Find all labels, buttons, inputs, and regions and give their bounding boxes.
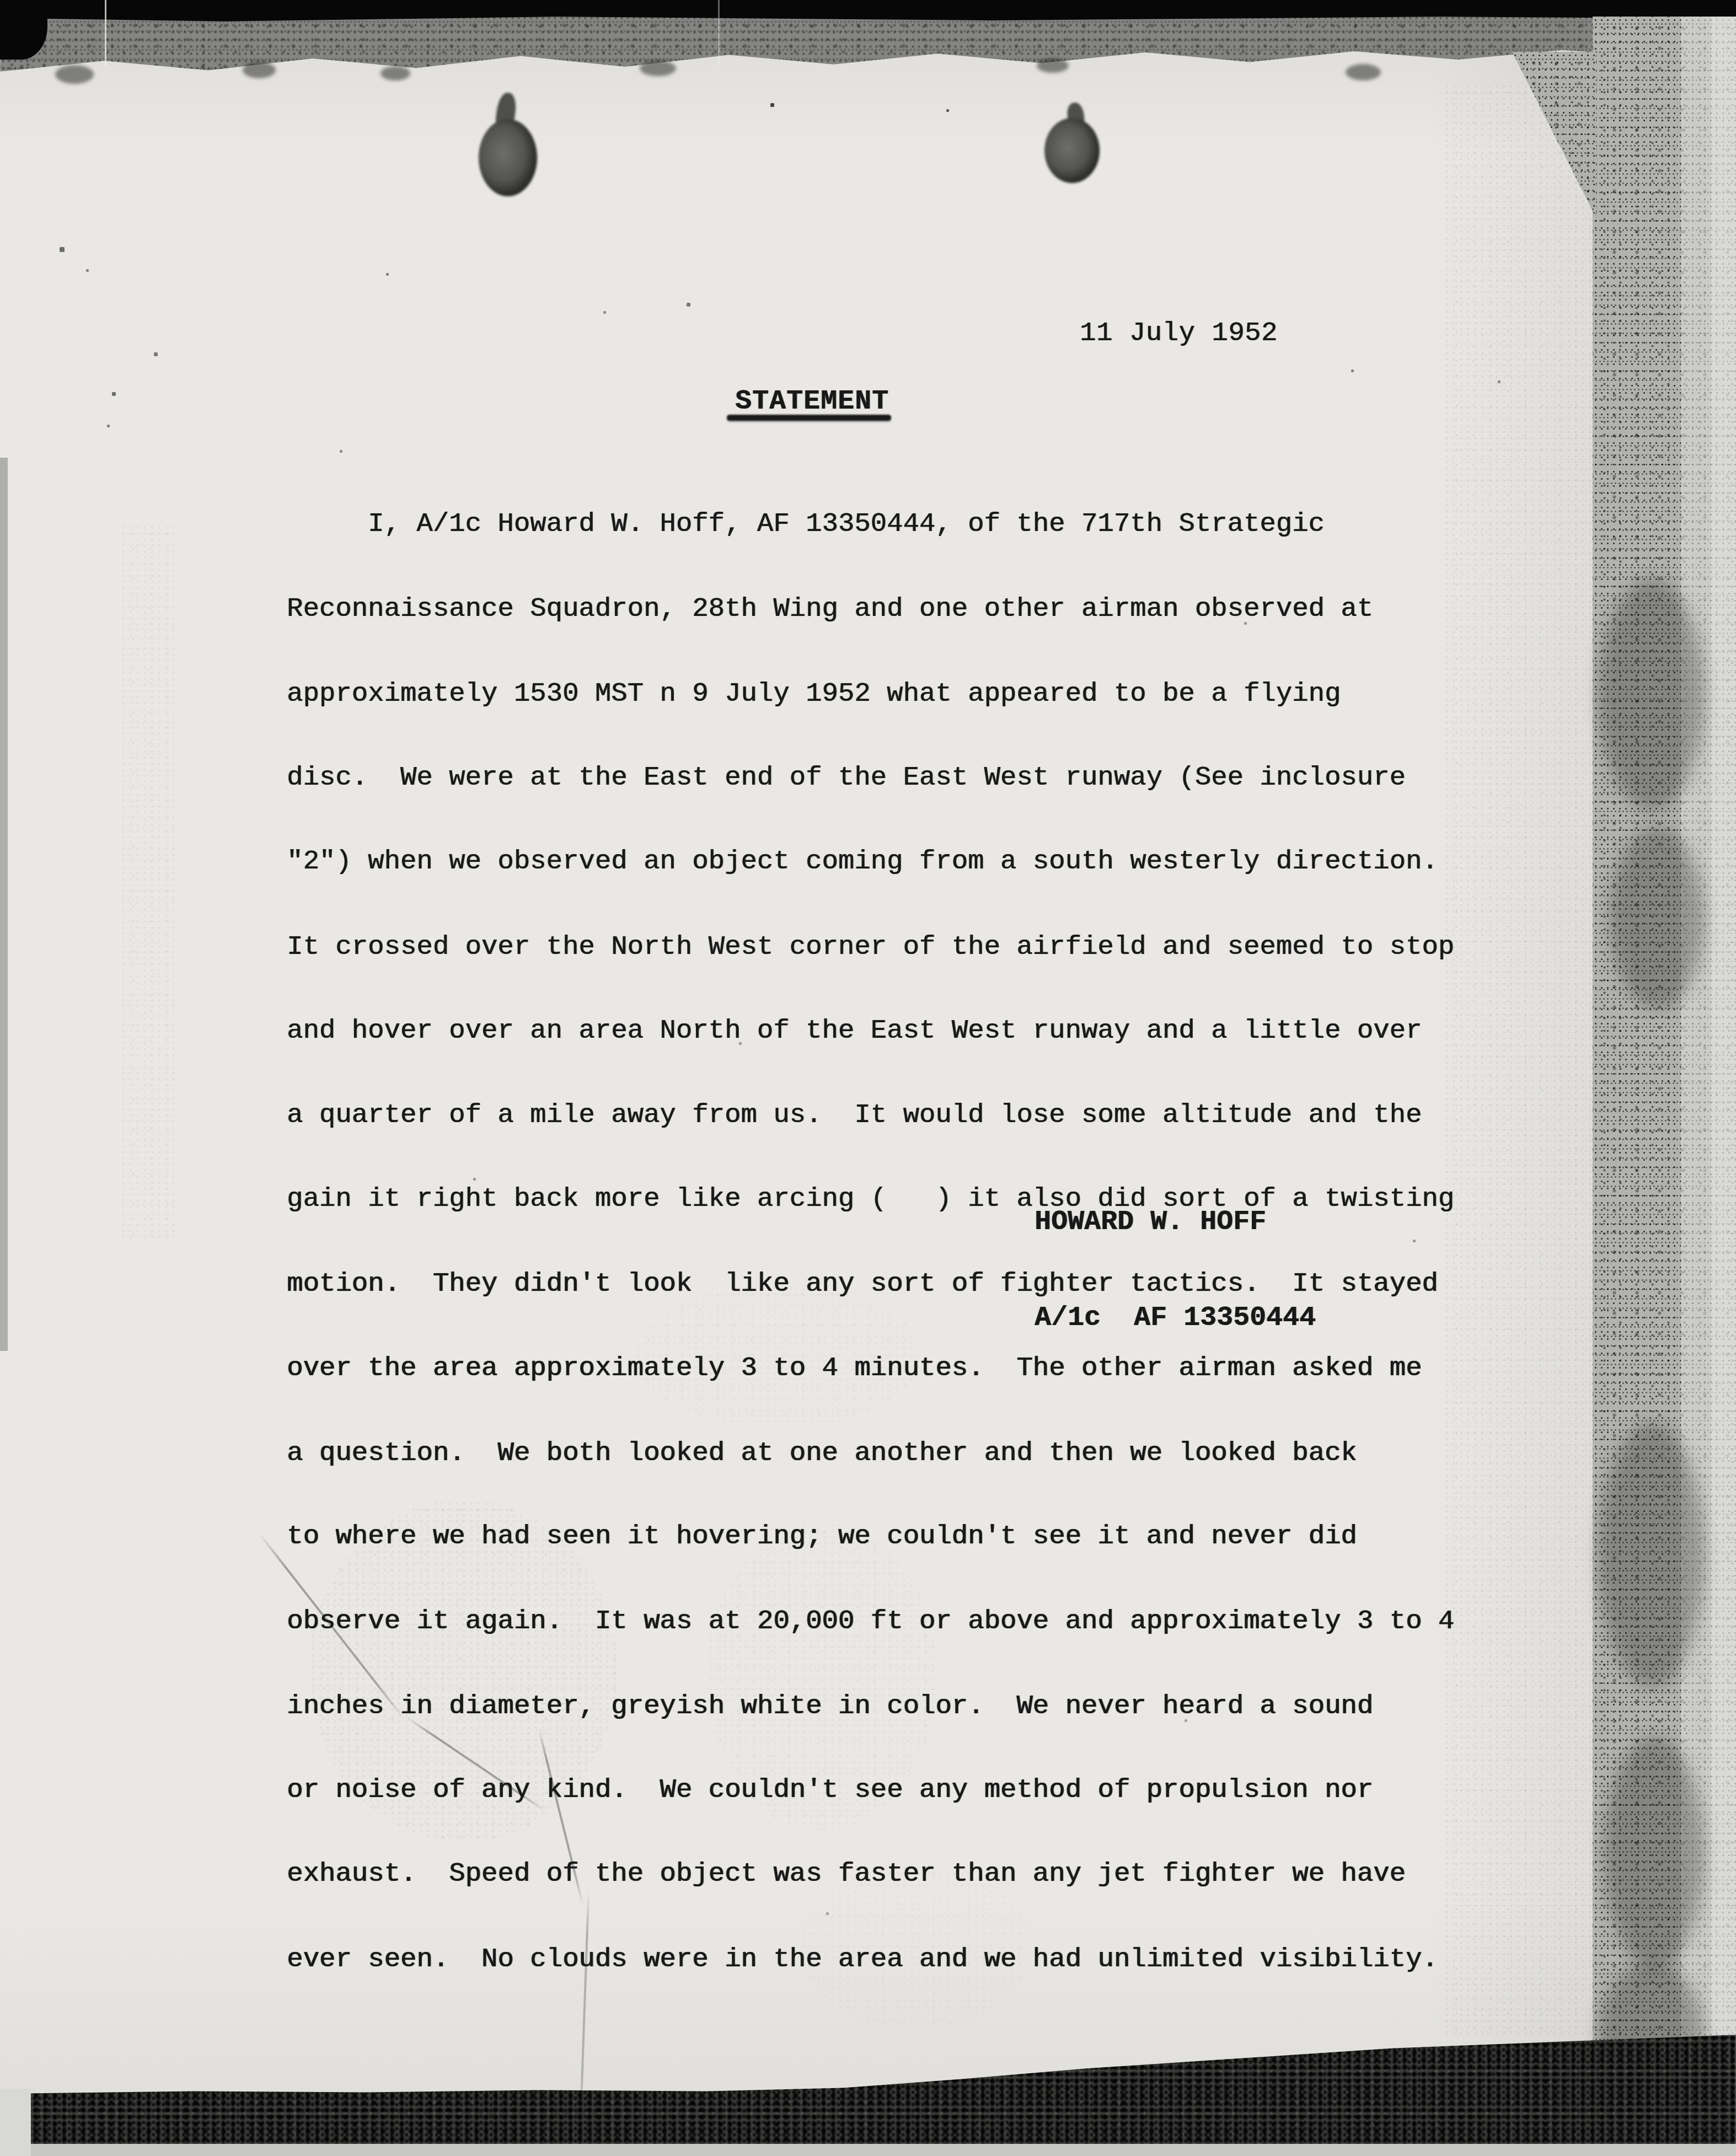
band-dark-patch <box>1605 1737 1704 1969</box>
scan-corner-bottom-left <box>0 2089 31 2156</box>
grunge-blob <box>1346 64 1381 81</box>
statement-line: I, A/1c Howard W. Hoff, AF 13350444, of … <box>287 510 1454 538</box>
statement-line: inches in diameter, greyish white in col… <box>287 1692 1454 1720</box>
film-scratch-line <box>718 0 720 66</box>
scan-bed-bottom-strip <box>0 2144 1736 2156</box>
signature-block: HOWARD W. HOFF A/1c AF 13350444 <box>1035 1143 1316 1398</box>
hole-punch-right <box>1041 103 1103 185</box>
band-dark-patch <box>1610 827 1704 1009</box>
statement-line: approximately 1530 MST n 9 July 1952 wha… <box>287 680 1454 708</box>
right-band-lighter-strip <box>1711 17 1736 2156</box>
statement-line: and hover over an area North of the East… <box>287 1017 1454 1045</box>
statement-line: a question. We both looked at one anothe… <box>287 1439 1454 1467</box>
grunge-blob <box>243 62 276 78</box>
hole-punch-left <box>473 93 545 203</box>
scan-edge-left-strip <box>0 458 8 1351</box>
statement-line: exhaust. Speed of the object was faster … <box>287 1860 1454 1888</box>
grunge-blob <box>640 61 676 76</box>
statement-line: observe it again. It was at 20,000 ft or… <box>287 1607 1454 1635</box>
statement-line: or noise of any kind. We couldn't see an… <box>287 1776 1454 1804</box>
paper-mottle-right-margin <box>1442 83 1594 2035</box>
statement-line: ever seen. No clouds were in the area an… <box>287 1945 1454 1973</box>
signature-name: HOWARD W. HOFF <box>1035 1206 1316 1238</box>
statement-line: "2") when we observed an object coming f… <box>287 848 1454 876</box>
statement-line: It crossed over the North West corner of… <box>287 933 1454 961</box>
film-scratch-line <box>105 0 106 66</box>
statement-line: disc. We were at the East end of the Eas… <box>287 764 1454 792</box>
signature-rank-serial: A/1c AF 13350444 <box>1035 1302 1316 1334</box>
faint-vertical-streak <box>119 524 179 1241</box>
date-line: 11 July 1952 <box>1080 318 1278 348</box>
statement-title-underline <box>727 415 891 421</box>
grunge-blob <box>55 65 94 84</box>
grunge-blob <box>1037 58 1069 73</box>
band-dark-patch <box>1599 1423 1704 1687</box>
statement-title: STATEMENT <box>735 386 889 417</box>
statement-line: a quarter of a mile away from us. It wou… <box>287 1101 1454 1129</box>
statement-line: to where we had seen it hovering; we cou… <box>287 1522 1454 1551</box>
statement-line: Reconnaissance Squadron, 28th Wing and o… <box>287 595 1454 623</box>
band-dark-patch <box>1599 579 1704 811</box>
grunge-blob <box>381 66 410 81</box>
scan-edge-bottom-band <box>22 2035 1736 2148</box>
scanned-document-page: 11 July 1952 STATEMENT I, A/1c Howard W.… <box>0 0 1736 2156</box>
